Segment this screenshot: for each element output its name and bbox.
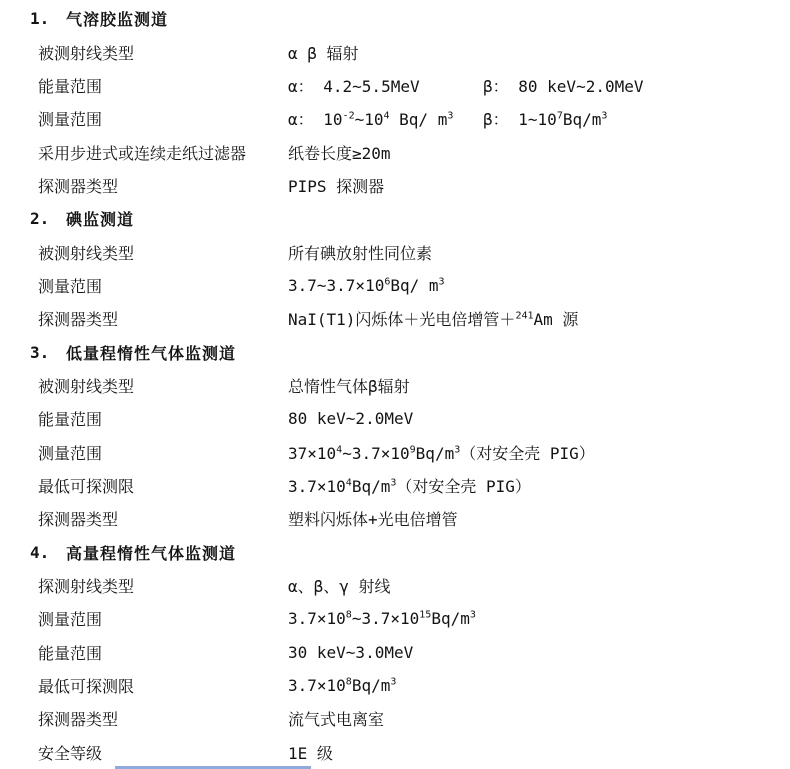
row-value: 1E 级 <box>288 741 483 764</box>
spec-row: 安全等级 1E 级 <box>0 736 790 769</box>
spec-row: 测量范围 3.7×108~3.7×1015Bq/m3 <box>0 602 790 635</box>
spec-row: 探测器类型 塑料闪烁体+光电倍增管 <box>0 502 790 535</box>
row-value: 3.7×104Bq/m3（对安全壳 PIG） <box>288 474 531 497</box>
section-4-header: 4. 高量程惰性气体监测道 <box>0 536 790 569</box>
section-number: 2. <box>30 209 66 228</box>
spec-row: 探测器类型 流气式电离室 <box>0 702 790 735</box>
spec-row: 探测射线类型 α、β、γ 射线 <box>0 569 790 602</box>
spec-row: 测量范围 37×104~3.7×109Bq/m3（对安全壳 PIG） <box>0 435 790 468</box>
row-value: α β 辐射 <box>288 41 483 64</box>
row-value-secondary: β： 1~107Bq/m3 <box>483 107 607 130</box>
row-label: 测量范围 <box>38 607 288 630</box>
row-label: 安全等级 <box>38 741 288 764</box>
row-label: 能量范围 <box>38 74 288 97</box>
row-label: 测量范围 <box>38 441 288 464</box>
row-label: 能量范围 <box>38 407 288 430</box>
row-label: 探测器类型 <box>38 707 288 730</box>
spec-row: 能量范围 α： 4.2~5.5MeV β： 80 keV~2.0MeV <box>0 69 790 102</box>
row-value: PIPS 探测器 <box>288 174 483 197</box>
row-label: 被测射线类型 <box>38 241 288 264</box>
row-value: 80 keV~2.0MeV <box>288 409 483 428</box>
section-title: 低量程惰性气体监测道 <box>66 341 236 364</box>
spec-row: 被测射线类型 总惰性气体β辐射 <box>0 369 790 402</box>
spec-row: 被测射线类型 所有碘放射性同位素 <box>0 235 790 268</box>
spec-row: 最低可探测限 3.7×104Bq/m3（对安全壳 PIG） <box>0 469 790 502</box>
section-3-header: 3. 低量程惰性气体监测道 <box>0 335 790 368</box>
row-label: 测量范围 <box>38 107 288 130</box>
row-value: 所有碘放射性同位素 <box>288 241 483 264</box>
row-value: α： 10-2~104 Bq/ m3 <box>288 107 483 130</box>
row-value: 3.7×108Bq/m3 <box>288 676 483 695</box>
row-label: 最低可探测限 <box>38 674 288 697</box>
row-label: 探测器类型 <box>38 307 288 330</box>
row-value: 3.7×108~3.7×1015Bq/m3 <box>288 609 483 628</box>
row-label: 被测射线类型 <box>38 374 288 397</box>
section-2-header: 2. 碘监测道 <box>0 202 790 235</box>
row-label: 探测器类型 <box>38 507 288 530</box>
spec-row: 探测器类型 NaI(T1)闪烁体＋光电倍增管＋241Am 源 <box>0 302 790 335</box>
spec-row: 能量范围 80 keV~2.0MeV <box>0 402 790 435</box>
spec-row: 能量范围 30 keV~3.0MeV <box>0 636 790 669</box>
section-title: 碘监测道 <box>66 207 134 230</box>
row-value: 30 keV~3.0MeV <box>288 643 483 662</box>
section-number: 4. <box>30 543 66 562</box>
row-value: α： 4.2~5.5MeV <box>288 74 483 97</box>
section-title: 气溶胶监测道 <box>66 7 168 30</box>
row-value: 塑料闪烁体+光电倍增管 <box>288 507 483 530</box>
spec-document: 1. 气溶胶监测道 被测射线类型 α β 辐射 能量范围 α： 4.2~5.5M… <box>0 0 790 769</box>
spec-row: 测量范围 α： 10-2~104 Bq/ m3 β： 1~107Bq/m3 <box>0 102 790 135</box>
row-label: 测量范围 <box>38 274 288 297</box>
row-value: 37×104~3.7×109Bq/m3（对安全壳 PIG） <box>288 441 595 464</box>
spec-row: 探测器类型 PIPS 探测器 <box>0 169 790 202</box>
spec-row: 被测射线类型 α β 辐射 <box>0 35 790 68</box>
row-value: NaI(T1)闪烁体＋光电倍增管＋241Am 源 <box>288 307 578 330</box>
spec-row: 采用步进式或连续走纸过滤器 纸卷长度≥20m <box>0 135 790 168</box>
section-title: 高量程惰性气体监测道 <box>66 541 236 564</box>
section-number: 3. <box>30 343 66 362</box>
row-value: 总惰性气体β辐射 <box>288 374 483 397</box>
row-value: 流气式电离室 <box>288 707 483 730</box>
row-value: 纸卷长度≥20m <box>288 141 483 164</box>
row-label: 采用步进式或连续走纸过滤器 <box>38 141 288 164</box>
spec-row: 最低可探测限 3.7×108Bq/m3 <box>0 669 790 702</box>
row-label: 被测射线类型 <box>38 41 288 64</box>
row-value: α、β、γ 射线 <box>288 574 483 597</box>
row-label: 能量范围 <box>38 641 288 664</box>
row-value-secondary: β： 80 keV~2.0MeV <box>483 74 644 97</box>
row-label: 探测器类型 <box>38 174 288 197</box>
section-number: 1. <box>30 9 66 28</box>
spec-row: 测量范围 3.7~3.7×106Bq/ m3 <box>0 269 790 302</box>
section-1-header: 1. 气溶胶监测道 <box>0 2 790 35</box>
row-label: 最低可探测限 <box>38 474 288 497</box>
row-label: 探测射线类型 <box>38 574 288 597</box>
row-value: 3.7~3.7×106Bq/ m3 <box>288 276 483 295</box>
